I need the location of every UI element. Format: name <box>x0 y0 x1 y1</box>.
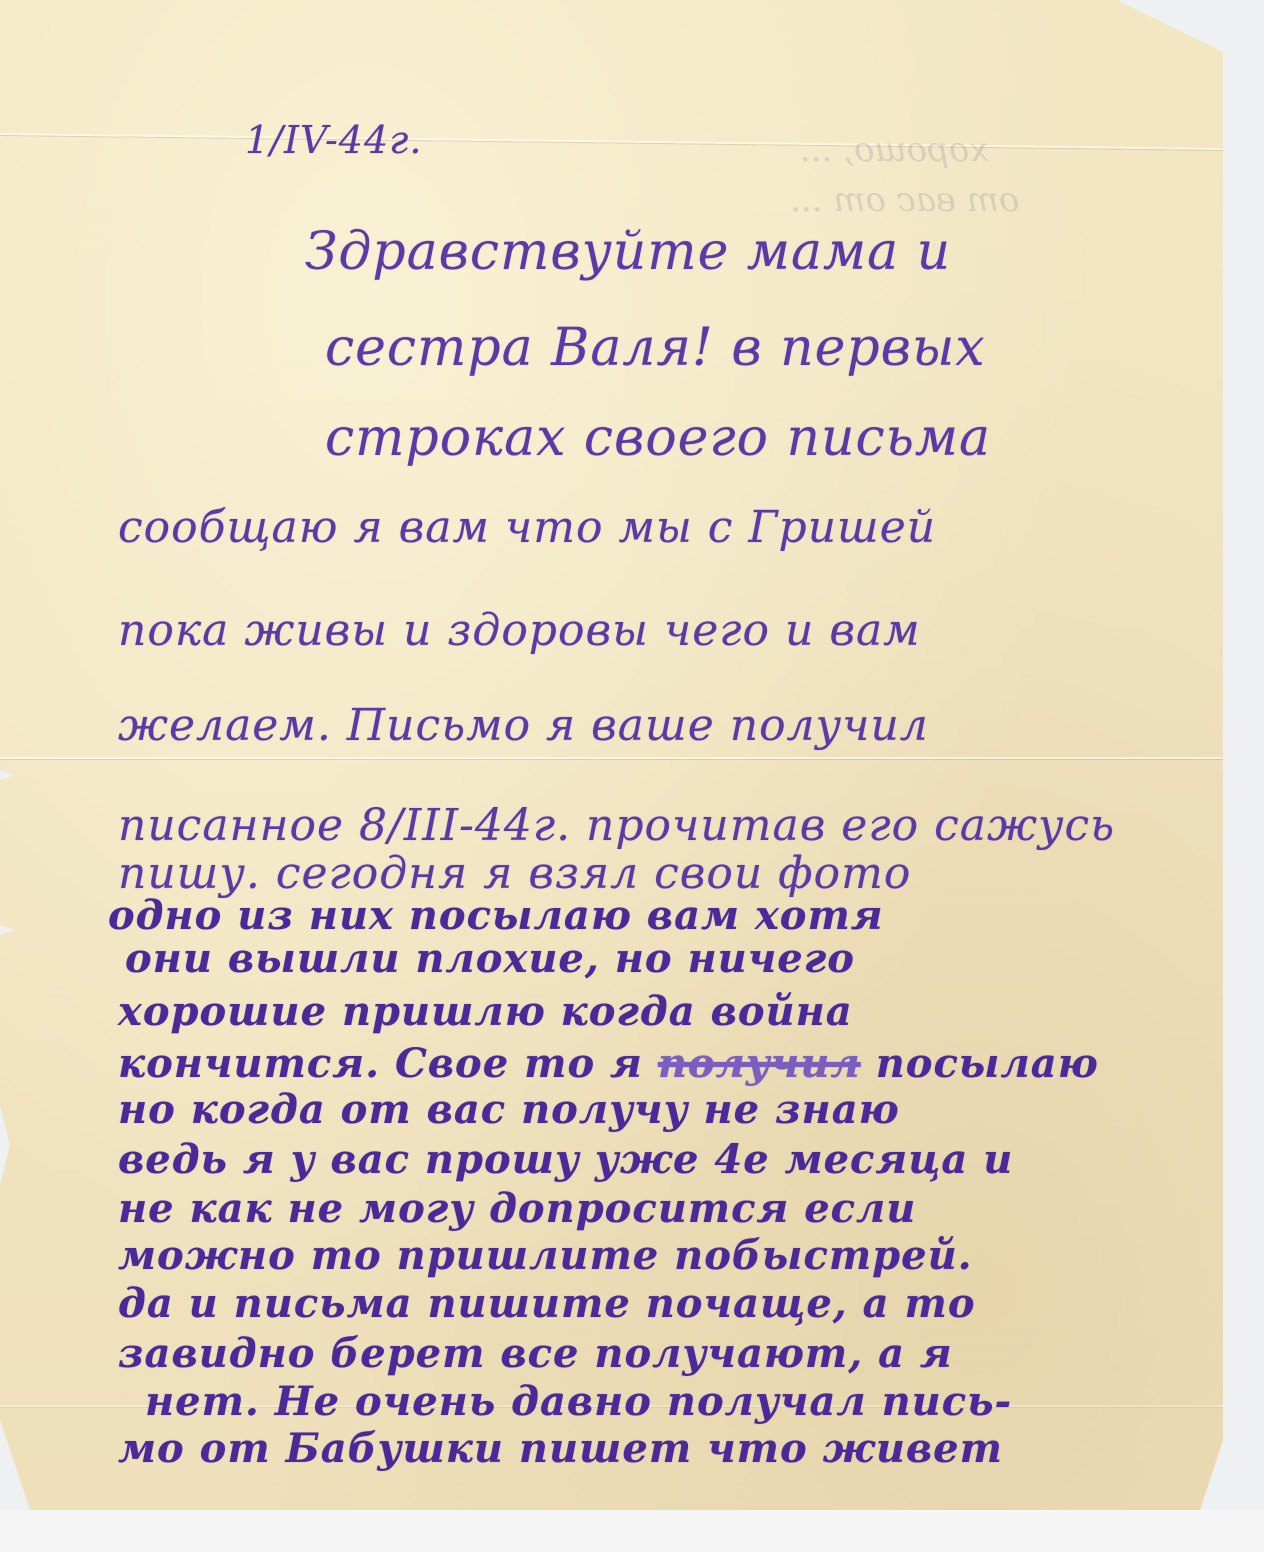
bleed-through-text: от вас от ... <box>790 180 1019 220</box>
letter-line: кончится. Свое то я получил посылаю <box>118 1040 1099 1087</box>
letter-line: они вышли плохие, но ничего <box>125 935 855 982</box>
letter-line: можно то пришлите побыстрей. <box>118 1232 973 1279</box>
letter-line: завидно берет все получают, а я <box>118 1330 953 1377</box>
letter-line: Здравствуйте мама и <box>305 222 951 282</box>
letter-line: да и письма пишите почаще, а то <box>118 1280 976 1327</box>
letter-line: пока живы и здоровы чего и вам <box>118 605 921 656</box>
letter-line: нет. Не очень давно получал пись- <box>145 1378 1012 1425</box>
letter-line: одно из них посылаю вам хотя <box>108 892 884 939</box>
letter-line: желаем. Письмо я ваше получил <box>118 700 929 751</box>
letter-line: сообщаю я вам что мы с Гришей <box>118 502 936 553</box>
letter-line: ведь я у вас прошу уже 4е месяца и <box>118 1136 1013 1183</box>
letter-line: не как не могу допросится если <box>118 1185 916 1232</box>
letter-line: мо от Бабушки пишет что живет <box>118 1425 1003 1472</box>
letter-line: но когда от вас получу не знаю <box>118 1086 900 1133</box>
letter-line: строках своего письма <box>325 408 991 468</box>
letter-line: писанное 8/III-44г. прочитав его сажусь <box>118 800 1115 851</box>
letter-date: 1/IV-44г. <box>245 118 422 162</box>
letter-line-text: кончится. Свое то я <box>118 1040 643 1087</box>
crossed-out-word: получил <box>658 1040 861 1087</box>
paper-fold <box>0 757 1223 759</box>
letter-line-text: посылаю <box>876 1040 1099 1087</box>
letter-line: сестра Валя! в первых <box>325 318 986 378</box>
bleed-through-text: хорошо, ... <box>800 130 989 170</box>
letter-line: хорошие пришлю когда война <box>118 988 853 1035</box>
